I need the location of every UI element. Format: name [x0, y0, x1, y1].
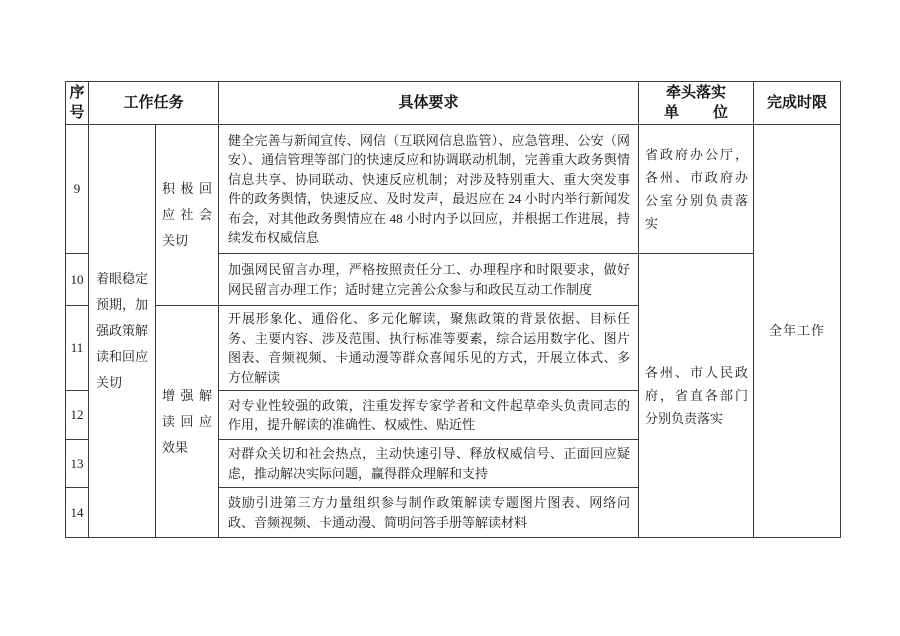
header-lead-unit-line1: 牵头落实: [664, 83, 728, 103]
row-10-number: 10: [66, 254, 89, 306]
row-13-detail: 对群众关切和社会热点，主动快速引导、释放权威信号、正面回应疑虑，推动解决实际问题…: [219, 440, 639, 488]
subtask-enhance-cell: 增强解读回应效果: [156, 306, 219, 538]
row-9-number: 9: [66, 125, 89, 254]
table-header-row: 序号 工作任务 具体要求 牵头落实 单 位 完成时限: [66, 82, 841, 125]
row-11-number: 11: [66, 306, 89, 391]
row-14-number: 14: [66, 488, 89, 538]
document-page: 序号 工作任务 具体要求 牵头落实 单 位 完成时限 9 着眼稳定预期，加强政策…: [0, 0, 900, 636]
header-lead-unit: 牵头落实 单 位: [639, 82, 754, 125]
header-serial-number: 序号: [66, 82, 89, 125]
subtask-respond-cell: 积极回应社会关切: [156, 125, 219, 306]
table-row-9: 9 着眼稳定预期，加强政策解读和回应关切 积极回应社会关切 健全完善与新闻宣传、…: [66, 125, 841, 254]
row-11-detail: 开展形象化、通俗化、多元化解读，聚焦政策的背景依据、目标任务、主要内容、涉及范围…: [219, 306, 639, 391]
deadline-cell: 全年工作: [754, 125, 841, 538]
header-unit-char-left: 单: [664, 103, 679, 123]
row-12-number: 12: [66, 391, 89, 440]
header-work-task: 工作任务: [89, 82, 219, 125]
task-group-cell: 着眼稳定预期，加强政策解读和回应关切: [89, 125, 156, 538]
row-14-detail: 鼓励引进第三方力量组织参与制作政策解读专题图片图表、网络问政、音频视频、卡通动漫…: [219, 488, 639, 538]
work-task-table: 序号 工作任务 具体要求 牵头落实 单 位 完成时限 9 着眼稳定预期，加强政策…: [65, 81, 841, 538]
header-specific-requirements: 具体要求: [219, 82, 639, 125]
header-lead-unit-line2: 单 位: [664, 103, 728, 123]
row-9-unit: 省政府办公厅，各州、市政府办公室分别负责落实: [639, 125, 754, 254]
header-unit-char-right: 位: [713, 103, 728, 123]
row-13-number: 13: [66, 440, 89, 488]
row-9-detail: 健全完善与新闻宣传、网信（互联网信息监管）、应急管理、公安（网安）、通信管理等部…: [219, 125, 639, 254]
header-lead-unit-text: 牵头落实 单 位: [664, 83, 728, 123]
row-10-detail: 加强网民留言办理，严格按照责任分工、办理程序和时限要求，做好网民留言办理工作；适…: [219, 254, 639, 306]
header-completion-deadline: 完成时限: [754, 82, 841, 125]
rows-10-14-unit: 各州、市人民政府，省直各部门分别负责落实: [639, 254, 754, 538]
row-12-detail: 对专业性较强的政策，注重发挥专家学者和文件起草牵头负责同志的作用，提升解读的准确…: [219, 391, 639, 440]
